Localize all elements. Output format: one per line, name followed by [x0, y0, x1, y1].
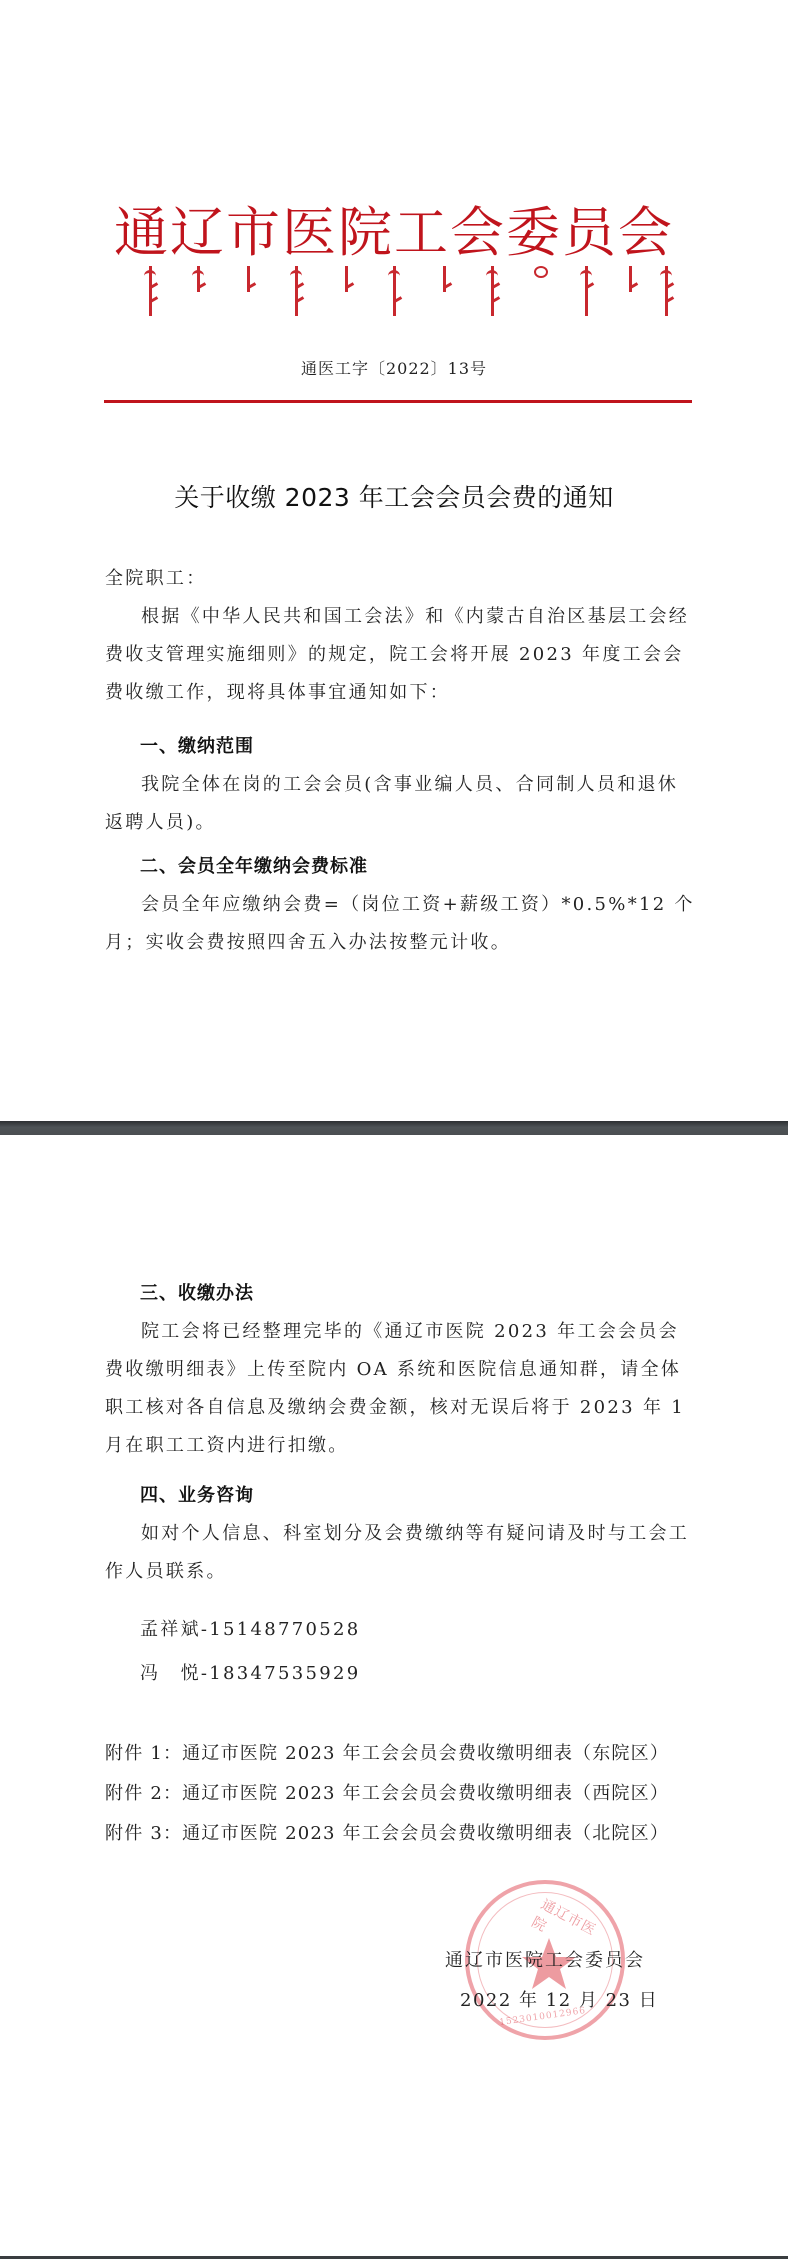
contact-item: 冯 悦-18347535929 [140, 1655, 730, 1693]
section-heading-scope: 一、缴纳范围 [140, 732, 254, 758]
attachment-item: 附件 3：通辽市医院 2023 年工会会员会费收缴明细表（北院区） [105, 1815, 695, 1853]
mongolian-script-icon [130, 262, 670, 318]
org-title: 通辽市医院工会委员会 [0, 190, 788, 267]
notice-title: 关于收缴 2023 年工会会员会费的通知 [0, 478, 788, 514]
signature-date: 2022 年 12 月 23 日 [460, 1986, 658, 2012]
header-divider [104, 400, 692, 403]
section-body-consult: 如对个人信息、科室划分及会费缴纳等有疑问请及时与工会工作人员联系。 [105, 1515, 695, 1591]
section-body-scope: 我院全体在岗的工会会员(含事业编人员、合同制人员和退休返聘人员)。 [105, 766, 695, 842]
document-number: 通医工字〔2022〕13号 [0, 356, 788, 379]
intro-paragraph: 根据《中华人民共和国工会法》和《内蒙古自治区基层工会经费收支管理实施细则》的规定… [105, 598, 695, 712]
attachment-item: 附件 2：通辽市医院 2023 年工会会员会费收缴明细表（西院区） [105, 1775, 695, 1813]
attachment-item: 附件 1：通辽市医院 2023 年工会会员会费收缴明细表（东院区） [105, 1735, 695, 1773]
signature-org: 通辽市医院工会委员会 [445, 1946, 645, 1972]
document-page-2: 三、收缴办法 院工会将已经整理完毕的《通辽市医院 2023 年工会会员会费收缴明… [0, 1135, 788, 2257]
section-heading-standard: 二、会员全年缴纳会费标准 [140, 852, 368, 878]
salutation: 全院职工： [105, 560, 695, 598]
section-heading-consult: 四、业务咨询 [140, 1481, 254, 1507]
document-page-1: 通辽市医院工会委员会 通医工字〔2022〕13号 关于收缴 2023 年工会会员… [0, 0, 788, 1121]
page-separator [0, 1121, 788, 1135]
section-heading-method: 三、收缴办法 [140, 1279, 254, 1305]
contact-item: 孟祥斌-15148770528 [140, 1611, 730, 1649]
section-body-method: 院工会将已经整理完毕的《通辽市医院 2023 年工会会员会费收缴明细表》上传至院… [105, 1313, 695, 1465]
section-body-standard: 会员全年应缴纳会费=（岗位工资+薪级工资）*0.5%*12 个月；实收会费按照四… [105, 886, 695, 962]
